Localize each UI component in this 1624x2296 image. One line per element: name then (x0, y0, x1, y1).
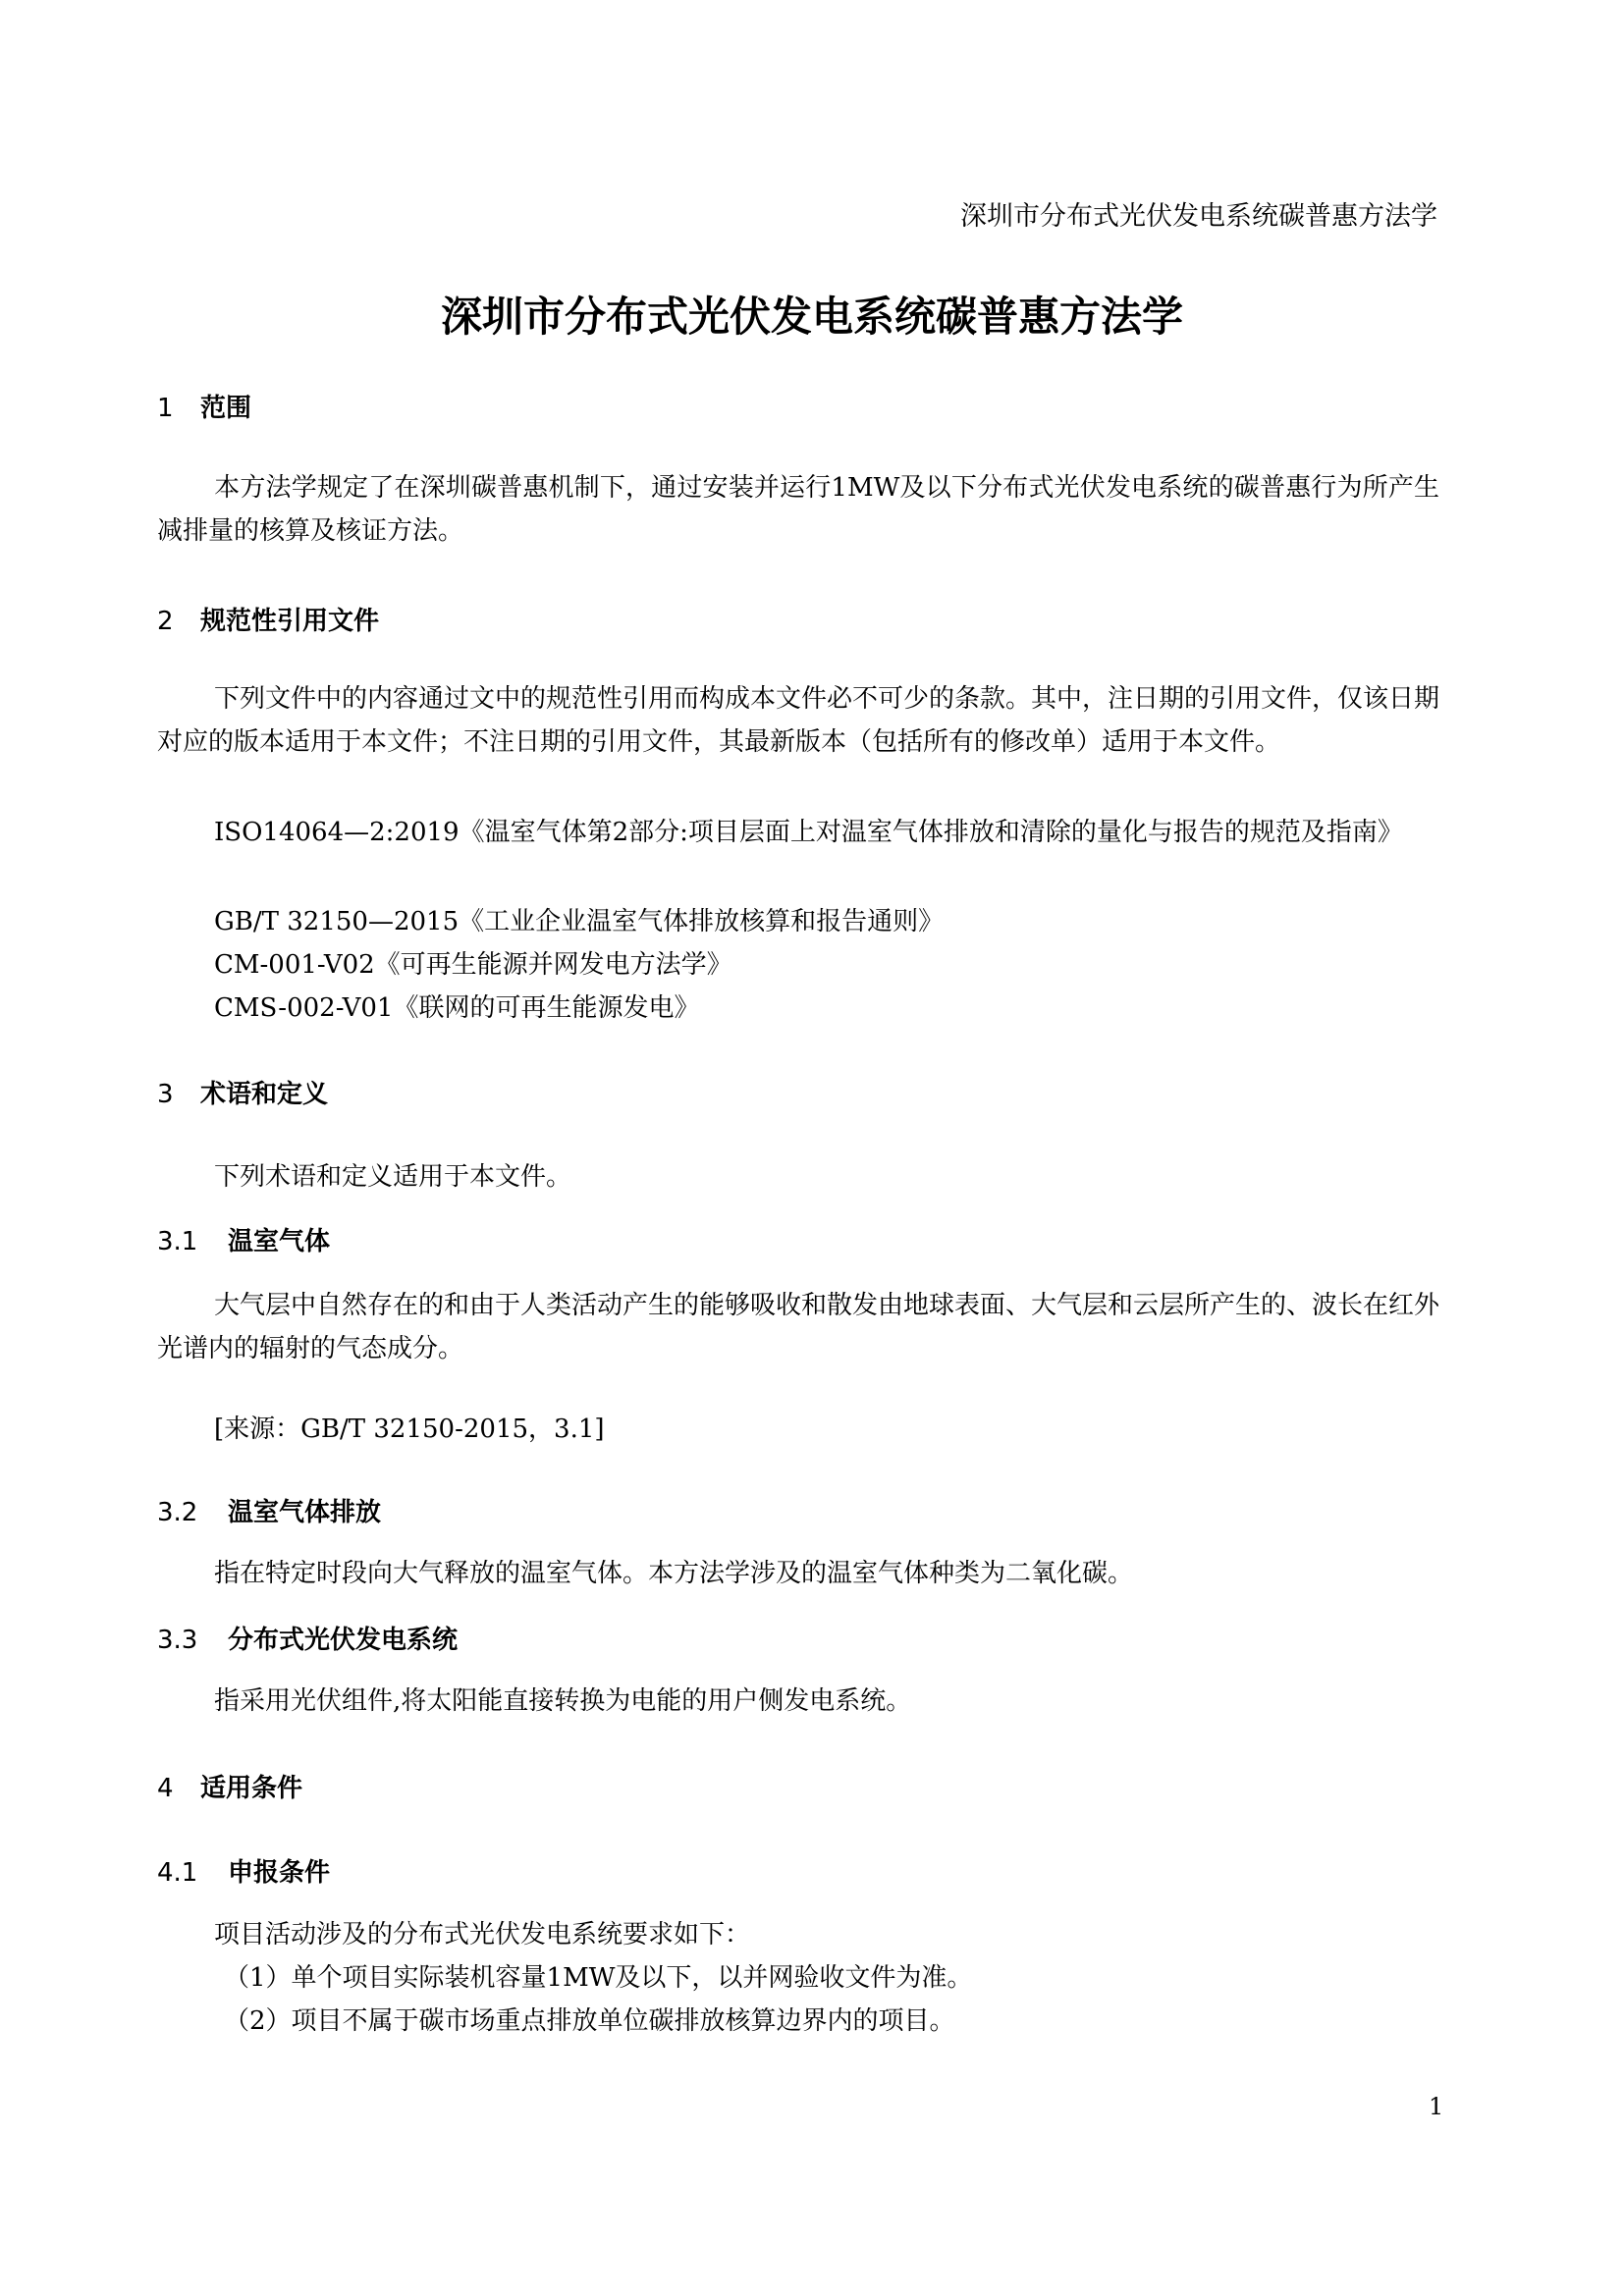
section-title: 适用条件 (200, 1774, 302, 1803)
reference-item: ISO14064—2:2019《温室气体第2部分:项目层面上对温室气体排放和清除… (157, 811, 1439, 854)
section-title: 分布式光伏发电系统 (228, 1626, 458, 1655)
section-4-heading: 4适用条件 (157, 1768, 302, 1804)
reference-item: GB/T 32150—2015《工业企业温室气体排放核算和报告通则》 (214, 901, 944, 937)
section-number: 1 (157, 394, 200, 423)
section-title: 范围 (200, 394, 251, 423)
reference-item: CM-001-V02《可再生能源并网发电方法学》 (214, 944, 732, 981)
section-3-2-body: 指在特定时段向大气释放的温室气体。本方法学涉及的温室气体种类为二氧化碳。 (214, 1553, 1133, 1589)
section-title: 温室气体排放 (228, 1498, 381, 1527)
section-1-heading: 1范围 (157, 388, 251, 424)
section-3-3-heading: 3.3分布式光伏发电系统 (157, 1620, 458, 1656)
paragraph-text: 下列文件中的内容通过文中的规范性引用而构成本文件必不可少的条款。其中，注日期的引… (157, 684, 1439, 757)
section-4-1-heading: 4.1申报条件 (157, 1852, 330, 1889)
section-number: 2 (157, 607, 200, 636)
condition-item: （1）单个项目实际装机容量1MW及以下，以并网验收文件为准。 (224, 1957, 972, 1994)
section-1-body: 本方法学规定了在深圳碳普惠机制下，通过安装并运行1MW及以下分布式光伏发电系统的… (157, 466, 1439, 553)
section-3-3-body: 指采用光伏组件,将太阳能直接转换为电能的用户侧发电系统。 (214, 1681, 911, 1717)
section-3-2-heading: 3.2温室气体排放 (157, 1492, 381, 1528)
section-title: 术语和定义 (200, 1080, 328, 1109)
section-3-body: 下列术语和定义适用于本文件。 (214, 1156, 571, 1193)
section-number: 3.2 (157, 1498, 228, 1527)
section-number: 4.1 (157, 1858, 228, 1888)
section-3-heading: 3术语和定义 (157, 1074, 328, 1110)
reference-text: ISO14064—2:2019《温室气体第2部分:项目层面上对温室气体排放和清除… (214, 818, 1403, 847)
section-number: 3 (157, 1080, 200, 1109)
condition-item: （2）项目不属于碳市场重点排放单位碳排放核算边界内的项目。 (224, 2001, 955, 2037)
section-title: 申报条件 (228, 1858, 330, 1888)
section-4-1-intro: 项目活动涉及的分布式光伏发电系统要求如下： (214, 1914, 750, 1950)
reference-item: CMS-002-V01《联网的可再生能源发电》 (214, 988, 699, 1024)
document-title: 深圳市分布式光伏发电系统碳普惠方法学 (0, 285, 1624, 344)
section-number: 3.3 (157, 1626, 228, 1655)
section-2-heading: 2规范性引用文件 (157, 601, 379, 637)
section-title: 规范性引用文件 (200, 607, 379, 636)
section-number: 4 (157, 1774, 200, 1803)
section-3-1-body: 大气层中自然存在的和由于人类活动产生的能够吸收和散发由地球表面、大气层和云层所产… (157, 1284, 1439, 1370)
paragraph-text: 大气层中自然存在的和由于人类活动产生的能够吸收和散发由地球表面、大气层和云层所产… (157, 1291, 1439, 1363)
paragraph-text: 本方法学规定了在深圳碳普惠机制下，通过安装并运行1MW及以下分布式光伏发电系统的… (157, 473, 1439, 546)
section-2-body: 下列文件中的内容通过文中的规范性引用而构成本文件必不可少的条款。其中，注日期的引… (157, 677, 1439, 764)
section-3-1-heading: 3.1温室气体 (157, 1221, 330, 1257)
section-title: 温室气体 (228, 1227, 330, 1256)
section-number: 3.1 (157, 1227, 228, 1256)
source-citation: [来源：GB/T 32150-2015，3.1] (214, 1409, 605, 1445)
page-number: 1 (1429, 2093, 1443, 2120)
running-header: 深圳市分布式光伏发电系统碳普惠方法学 (960, 194, 1437, 233)
